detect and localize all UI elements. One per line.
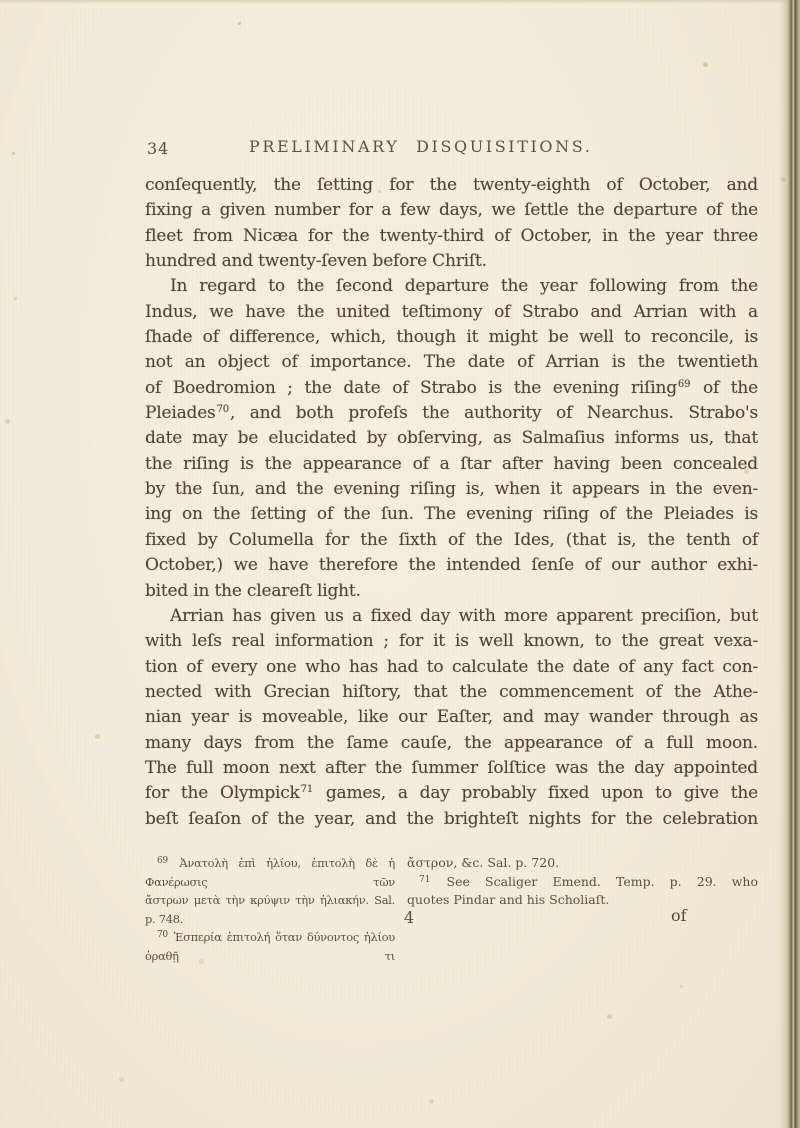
body-text-line: not an object of importance. The date of…	[145, 350, 758, 375]
book-fore-edge	[778, 0, 800, 1128]
footnote-marker: 70	[157, 930, 168, 940]
catchword: of	[671, 906, 687, 925]
body-text-line: October,) we have therefore the intended…	[145, 553, 758, 578]
body-text-line: many days from the ſame cauſe, the appea…	[145, 731, 758, 756]
body-text-line: beſt ſeaſon of the year, and the brighte…	[145, 807, 758, 832]
signature-mark: 4	[404, 908, 414, 927]
page-top-edge	[0, 0, 800, 4]
body-text-line: Indus, we have the united teſtimony of S…	[145, 300, 758, 325]
paper-foxing-spots	[238, 22, 241, 25]
body-text-line: with leſs real information ; for it is w…	[145, 629, 758, 654]
footnote-line: ἄστρων μετὰ τὴν κρύψιν τὴν ἡλιακήν. Sal.…	[145, 891, 395, 928]
body-text-line: of Boedromion ; the date of Strabo is th…	[145, 376, 758, 401]
body-text-line: In regard to the ſecond departure the ye…	[145, 274, 758, 299]
body-text: conſequently, the ſetting for the twenty…	[145, 173, 758, 832]
body-text-line: nian year is moveable, like our Eaſter, …	[145, 705, 758, 730]
footnote-right-column: ἄστρον, &c. Sal. p. 720.71 See Scaliger …	[407, 854, 758, 910]
body-text-line: ſhade of difference, which, though it mi…	[145, 325, 758, 350]
footnote-line: 69 Ἀνατολὴ ἐπὶ ἡλίου, ἐπιτολὴ δὲ ἡ Φανέρ…	[145, 854, 395, 891]
footnote-line: 70 Ἑσπερία ἐπιτολή ὅταν δύνοντος ἡλίου ὁ…	[145, 928, 395, 965]
body-text-line: for the Olympick71 games, a day probably…	[145, 781, 758, 806]
body-text-line: ing on the ſetting of the ſun. The eveni…	[145, 502, 758, 527]
footnote-marker: 70	[217, 404, 229, 415]
body-text-line: fleet from Nicæa for the twenty-third of…	[145, 224, 758, 249]
page-header: 34 PRELIMINARY DISQUISITIONS.	[0, 137, 800, 161]
footnote-marker: 71	[419, 875, 430, 885]
body-text-line: bited in the cleareſt light.	[145, 579, 758, 604]
body-text-line: date may be elucidated by obſerving, as …	[145, 426, 758, 451]
body-text-line: The full moon next after the ſummer ſolſ…	[145, 756, 758, 781]
body-text-line: hundred and twenty-ſeven before Chriſt.	[145, 249, 758, 274]
body-text-line: fixed by Columella for the ſixth of the …	[145, 528, 758, 553]
body-text-line: Pleiades70, and both profeſs the authori…	[145, 401, 758, 426]
body-text-line: fixing a given number for a few days, we…	[145, 198, 758, 223]
footnote-marker: 69	[157, 856, 168, 866]
footnote-left-column: 69 Ἀνατολὴ ἐπὶ ἡλίου, ἐπιτολὴ δὲ ἡ Φανέρ…	[145, 854, 395, 966]
book-page: 34 PRELIMINARY DISQUISITIONS. conſequent…	[0, 0, 800, 1128]
footnote-line: quotes Pindar and his Scholiaſt.	[407, 891, 758, 910]
page-number: 34	[147, 139, 169, 158]
body-text-line: nected with Grecian hiſtory, that the co…	[145, 680, 758, 705]
footnote-marker: 71	[301, 784, 313, 795]
body-text-line: conſequently, the ſetting for the twenty…	[145, 173, 758, 198]
running-title: PRELIMINARY DISQUISITIONS.	[249, 137, 592, 156]
body-text-line: tion of every one who has had to calcula…	[145, 655, 758, 680]
body-text-line: the riſing is the appearance of a ſtar a…	[145, 452, 758, 477]
body-text-line: by the ſun, and the evening riſing is, w…	[145, 477, 758, 502]
footnote-marker: 69	[678, 379, 690, 390]
footnote-line: ἄστρον, &c. Sal. p. 720.	[407, 854, 758, 873]
footnote-line: 71 See Scaliger Emend. Temp. p. 29. who	[407, 873, 758, 892]
body-text-line: Arrian has given us a fixed day with mor…	[145, 604, 758, 629]
